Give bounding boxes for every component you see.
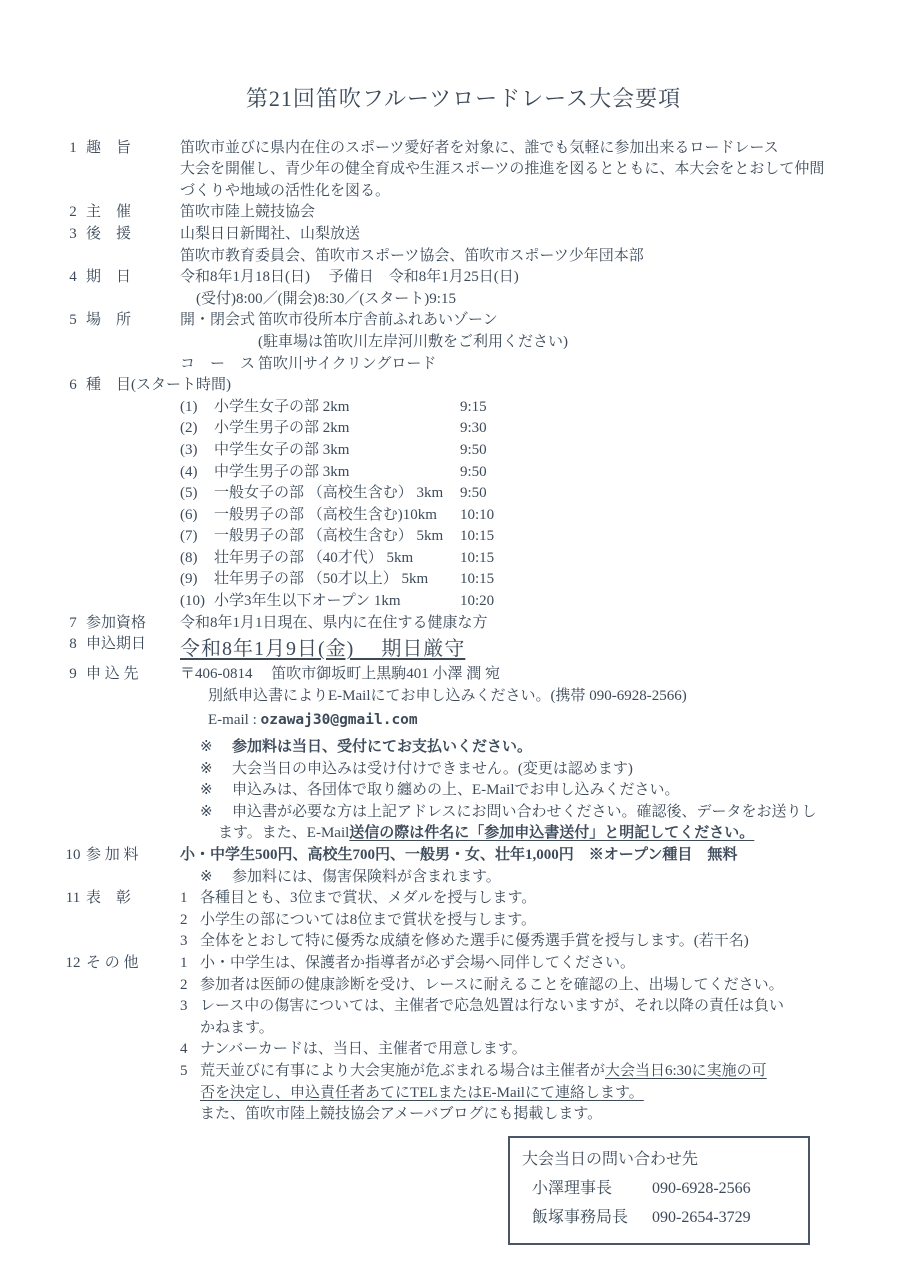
section-label: 種 目(スタート時間) bbox=[86, 375, 867, 397]
item-text: 荒天並びに有事により大会実施が危ぶまれる場合は主催者が大会当日6:30に実施の可… bbox=[200, 1061, 867, 1126]
email-address: ozawaj30@gmail.com bbox=[261, 712, 418, 728]
item-number: 2 bbox=[180, 910, 200, 932]
item-text: 参加者は医師の健康診断を受け、レースに耐えることを確認の上、出場してください。 bbox=[200, 975, 867, 997]
section-purpose: 1 趣 旨 笛吹市並びに県内在住のスポーツ愛好者を対象に、誰でも気軽に参加出来る… bbox=[60, 138, 867, 203]
event-row: (9) 壮年男子の部 （50才以上） 5km 10:15 bbox=[180, 569, 867, 591]
event-number: (9) bbox=[180, 569, 214, 591]
fee-notes: ※ 参加料には、傷害保険料が含まれます。 bbox=[200, 867, 867, 889]
course-name: 笛吹川サイクリングロード bbox=[258, 354, 867, 376]
section-content: 笛吹市並びに県内在住のスポーツ愛好者を対象に、誰でも気軽に参加出来るロードレース… bbox=[180, 138, 867, 203]
note-row: ※ 参加料には、傷害保険料が含まれます。 bbox=[200, 867, 867, 889]
email-label: E-mail : bbox=[208, 712, 257, 728]
note-row: ※ 参加料は当日、受付にてお支払いください。 bbox=[200, 737, 867, 759]
purpose-line: づくりや地域の活性化を図る。 bbox=[180, 181, 867, 203]
fee-main: 小・中学生500円、高校生700円、一般男・女、壮年1,000円 ※オープン種目… bbox=[180, 845, 867, 867]
section-organizer: 2 主 催 笛吹市陸上競技協会 bbox=[60, 202, 867, 224]
kome-marker: ※ bbox=[200, 737, 232, 759]
section-number: 10 bbox=[60, 845, 86, 888]
event-start-time: 9:50 bbox=[460, 462, 867, 484]
other-item: 4 ナンバーカードは、当日、主催者で用意します。 bbox=[180, 1039, 867, 1061]
section-number: 5 bbox=[60, 310, 86, 375]
event-name: 壮年男子の部 （50才以上） 5km bbox=[214, 569, 460, 591]
section-content: 山梨日日新聞社、山梨放送 笛吹市教育委員会、笛吹市スポーツ協会、笛吹市スポーツ少… bbox=[180, 224, 867, 267]
event-name: 小学3年生以下オープン 1km bbox=[214, 591, 460, 613]
section-label: 表 彰 bbox=[86, 888, 180, 953]
award-item: 3 全体をとおして特に優秀な成績を修めた選手に優秀選手賞を授与します。(若干名) bbox=[180, 931, 867, 953]
contact-box: 大会当日の問い合わせ先 小澤理事長 090-6928-2566 飯塚事務局長 0… bbox=[508, 1136, 810, 1245]
section-content: 小・中学生500円、高校生700円、一般男・女、壮年1,000円 ※オープン種目… bbox=[180, 845, 867, 888]
event-start-time: 9:15 bbox=[460, 397, 867, 419]
event-name: 一般男子の部 （高校生含む)10km bbox=[214, 505, 460, 527]
section-label: 申 込 先 bbox=[86, 664, 180, 845]
item-text: ナンバーカードは、当日、主催者で用意します。 bbox=[200, 1039, 867, 1061]
note-row: ※ 申込書が必要な方は上記アドレスにお問い合わせください。確認後、データをお送り… bbox=[200, 802, 867, 845]
ceremony-label: 開・閉会式 bbox=[180, 310, 258, 332]
event-number: (2) bbox=[180, 418, 214, 440]
event-row: (3) 中学生女子の部 3km 9:50 bbox=[180, 440, 867, 462]
parking-note: (駐車場は笛吹川左岸河川敷をご利用ください) bbox=[258, 332, 867, 354]
contact-name: 飯塚事務局長 bbox=[532, 1203, 652, 1232]
section-number: 3 bbox=[60, 224, 86, 267]
event-start-time: 10:15 bbox=[460, 526, 867, 548]
note-line: ます。また、E-Mail送信の際は件名に「参加申込書送付」と明記してください。 bbox=[218, 823, 867, 845]
contact-row: 飯塚事務局長 090-2654-3729 bbox=[532, 1203, 798, 1232]
cancellation-line: また、笛吹市陸上競技協会アメーバブログにも掲載します。 bbox=[200, 1104, 867, 1126]
kome-marker: ※ bbox=[200, 867, 232, 889]
event-number: (6) bbox=[180, 505, 214, 527]
kome-marker: ※ bbox=[200, 759, 232, 781]
section-number: 4 bbox=[60, 267, 86, 310]
section-content: 〒406-0814 笛吹市御坂町上黒駒401 小澤 潤 宛 別紙申込書によりE-… bbox=[180, 664, 867, 845]
section-label: そ の 他 bbox=[86, 953, 180, 1126]
kome-marker: ※ bbox=[200, 780, 232, 802]
cancellation-line: 荒天並びに有事により大会実施が危ぶまれる場合は主催者が大会当日6:30に実施の可 bbox=[200, 1061, 867, 1083]
section-date: 4 期 日 令和8年1月18日(日) 予備日 令和8年1月25日(日) (受付)… bbox=[60, 267, 867, 310]
award-item: 2 小学生の部については8位まで賞状を授与します。 bbox=[180, 910, 867, 932]
note-row: ※ 申込みは、各団体で取り纏めの上、E-Mailでお申し込みください。 bbox=[200, 780, 867, 802]
section-label: 参加資格 bbox=[86, 613, 180, 635]
event-name: 小学生男子の部 2km bbox=[214, 418, 460, 440]
ceremony-place: 笛吹市役所本庁舎前ふれあいゾーン bbox=[258, 310, 867, 332]
section-label: 期 日 bbox=[86, 267, 180, 310]
event-name: 中学生男子の部 3km bbox=[214, 462, 460, 484]
item-text: 各種目とも、3位まで賞状、メダルを授与します。 bbox=[200, 888, 867, 910]
event-start-time: 10:10 bbox=[460, 505, 867, 527]
contact-box-title: 大会当日の問い合わせ先 bbox=[522, 1145, 798, 1174]
event-row: (7) 一般男子の部 （高校生含む） 5km 10:15 bbox=[180, 526, 867, 548]
item-text: レース中の傷害については、主催者で応急処置は行ないますが、それ以降の責任は負い … bbox=[200, 996, 867, 1039]
application-notes: ※ 参加料は当日、受付にてお支払いください。 ※ 大会当日の申込みは受け付けでき… bbox=[200, 737, 867, 845]
cancellation-line: 否を決定し、申込責任者あてにTELまたはE-Mailにて連絡します。 bbox=[200, 1083, 867, 1105]
event-date-line: 令和8年1月18日(日) 予備日 令和8年1月25日(日) bbox=[180, 267, 867, 289]
contact-name: 小澤理事長 bbox=[532, 1174, 652, 1203]
section-fee: 10 参 加 料 小・中学生500円、高校生700円、一般男・女、壮年1,000… bbox=[60, 845, 867, 888]
event-row: (4) 中学生男子の部 3km 9:50 bbox=[180, 462, 867, 484]
event-row: (1) 小学生女子の部 2km 9:15 bbox=[180, 397, 867, 419]
note-line: 申込書が必要な方は上記アドレスにお問い合わせください。確認後、データをお送りし bbox=[232, 802, 867, 824]
section-number: 1 bbox=[60, 138, 86, 203]
event-number: (8) bbox=[180, 548, 214, 570]
note-text: 申込みは、各団体で取り纏めの上、E-Mailでお申し込みください。 bbox=[232, 780, 867, 802]
event-name: 一般女子の部 （高校生含む） 3km bbox=[214, 483, 460, 505]
application-method-line: 別紙申込書によりE-Mailにてお申し込みください。(携帯 090-6928-2… bbox=[208, 686, 867, 708]
section-other: 12 そ の 他 1 小・中学生は、保護者か指導者が必ず会場へ同伴してください。… bbox=[60, 953, 867, 1126]
item-number: 2 bbox=[180, 975, 200, 997]
item-text: 小学生の部については8位まで賞状を授与します。 bbox=[200, 910, 867, 932]
event-number: (1) bbox=[180, 397, 214, 419]
section-content: 開・閉会式 笛吹市役所本庁舎前ふれあいゾーン (駐車場は笛吹川左岸河川敷をご利用… bbox=[180, 310, 867, 375]
event-name: 壮年男子の部 （40才代） 5km bbox=[214, 548, 460, 570]
event-row: (5) 一般女子の部 （高校生含む） 3km 9:50 bbox=[180, 483, 867, 505]
document-page: 第21回笛吹フルーツロードレース大会要項 1 趣 旨 笛吹市並びに県内在住のスポ… bbox=[0, 0, 911, 1284]
section-place: 5 場 所 開・閉会式 笛吹市役所本庁舎前ふれあいゾーン (駐車場は笛吹川左岸河… bbox=[60, 310, 867, 375]
section-label: 参 加 料 bbox=[86, 845, 180, 888]
page-title: 第21回笛吹フルーツロードレース大会要項 bbox=[60, 88, 867, 110]
section-label: 主 催 bbox=[86, 202, 180, 224]
contact-row: 小澤理事長 090-6928-2566 bbox=[532, 1174, 798, 1203]
application-address: 〒406-0814 笛吹市御坂町上黒駒401 小澤 潤 宛 bbox=[180, 664, 867, 686]
event-start-time: 10:15 bbox=[460, 548, 867, 570]
section-content: 1 小・中学生は、保護者か指導者が必ず会場へ同伴してください。 2 参加者は医師… bbox=[180, 953, 867, 1126]
item-text: 全体をとおして特に優秀な成績を修めた選手に優秀選手賞を授与します。(若干名) bbox=[200, 931, 867, 953]
item-number: 3 bbox=[180, 996, 200, 1039]
section-awards: 11 表 彰 1 各種目とも、3位まで賞状、メダルを授与します。 2 小学生の部… bbox=[60, 888, 867, 953]
section-content: 令和8年1月18日(日) 予備日 令和8年1月25日(日) (受付)8:00／(… bbox=[180, 267, 867, 310]
event-number: (10) bbox=[180, 591, 214, 613]
event-name: 中学生女子の部 3km bbox=[214, 440, 460, 462]
section-deadline: 8 申込期日 令和8年1月9日(金) 期日厳守 bbox=[60, 634, 867, 664]
other-item: 2 参加者は医師の健康診断を受け、レースに耐えることを確認の上、出場してください… bbox=[180, 975, 867, 997]
event-start-time: 9:50 bbox=[460, 483, 867, 505]
event-number: (5) bbox=[180, 483, 214, 505]
event-row: (6) 一般男子の部 （高校生含む)10km 10:10 bbox=[180, 505, 867, 527]
section-application: 9 申 込 先 〒406-0814 笛吹市御坂町上黒駒401 小澤 潤 宛 別紙… bbox=[60, 664, 867, 845]
section-events-header: 6 種 目(スタート時間) bbox=[60, 375, 867, 397]
item-number: 1 bbox=[180, 888, 200, 910]
item-number: 4 bbox=[180, 1039, 200, 1061]
event-start-time: 9:30 bbox=[460, 418, 867, 440]
other-item: 1 小・中学生は、保護者か指導者が必ず会場へ同伴してください。 bbox=[180, 953, 867, 975]
section-number: 12 bbox=[60, 953, 86, 1126]
event-name: 小学生女子の部 2km bbox=[214, 397, 460, 419]
note-text: 申込書が必要な方は上記アドレスにお問い合わせください。確認後、データをお送りし … bbox=[232, 802, 867, 845]
note-text: 参加料には、傷害保険料が含まれます。 bbox=[232, 867, 867, 889]
event-row: (10) 小学3年生以下オープン 1km 10:20 bbox=[180, 591, 867, 613]
event-start-time: 10:20 bbox=[460, 591, 867, 613]
events-list: (1) 小学生女子の部 2km 9:15 (2) 小学生男子の部 2km 9:3… bbox=[180, 397, 867, 613]
item-text: 小・中学生は、保護者か指導者が必ず会場へ同伴してください。 bbox=[200, 953, 867, 975]
eligibility-text: 令和8年1月1日現在、県内に在住する健康な方 bbox=[180, 613, 867, 635]
event-row: (2) 小学生男子の部 2km 9:30 bbox=[180, 418, 867, 440]
note-text: 大会当日の申込みは受け付けできません。(変更は認めます) bbox=[232, 759, 867, 781]
event-row: (8) 壮年男子の部 （40才代） 5km 10:15 bbox=[180, 548, 867, 570]
section-label: 趣 旨 bbox=[86, 138, 180, 203]
section-label: 申込期日 bbox=[86, 634, 180, 664]
ceremony-place-line: 開・閉会式 笛吹市役所本庁舎前ふれあいゾーン bbox=[180, 310, 867, 332]
purpose-line: 笛吹市並びに県内在住のスポーツ愛好者を対象に、誰でも気軽に参加出来るロードレース bbox=[180, 138, 867, 160]
schedule-times-line: (受付)8:00／(開会)8:30／(スタート)9:15 bbox=[196, 289, 867, 311]
section-number: 11 bbox=[60, 888, 86, 953]
other-item: 3 レース中の傷害については、主催者で応急処置は行ないますが、それ以降の責任は負… bbox=[180, 996, 867, 1039]
supporters-line: 山梨日日新聞社、山梨放送 bbox=[180, 224, 867, 246]
event-name: 一般男子の部 （高校生含む） 5km bbox=[214, 526, 460, 548]
note-text: 参加料は当日、受付にてお支払いください。 bbox=[232, 737, 867, 759]
item-number: 1 bbox=[180, 953, 200, 975]
section-content: 1 各種目とも、3位まで賞状、メダルを授与します。 2 小学生の部については8位… bbox=[180, 888, 867, 953]
contact-phone: 090-6928-2566 bbox=[652, 1174, 798, 1203]
event-number: (3) bbox=[180, 440, 214, 462]
award-item: 1 各種目とも、3位まで賞状、メダルを授与します。 bbox=[180, 888, 867, 910]
section-number: 9 bbox=[60, 664, 86, 845]
course-line: コ ー ス 笛吹川サイクリングロード bbox=[180, 354, 867, 376]
section-number: 2 bbox=[60, 202, 86, 224]
email-line: E-mail : ozawaj30@gmail.com bbox=[208, 710, 867, 732]
section-number: 6 bbox=[60, 375, 86, 397]
event-number: (7) bbox=[180, 526, 214, 548]
purpose-line: 大会を開催し、青少年の健全育成や生涯スポーツの推進を図るとともに、本大会をとおし… bbox=[180, 159, 867, 181]
event-start-time: 10:15 bbox=[460, 569, 867, 591]
section-supporters: 3 後 援 山梨日日新聞社、山梨放送 笛吹市教育委員会、笛吹市スポーツ協会、笛吹… bbox=[60, 224, 867, 267]
item-number: 5 bbox=[180, 1061, 200, 1126]
section-eligibility: 7 参加資格 令和8年1月1日現在、県内に在住する健康な方 bbox=[60, 613, 867, 635]
section-label: 場 所 bbox=[86, 310, 180, 375]
organizer-text: 笛吹市陸上競技協会 bbox=[180, 202, 867, 224]
contact-phone: 090-2654-3729 bbox=[652, 1203, 798, 1232]
event-number: (4) bbox=[180, 462, 214, 484]
item-number: 3 bbox=[180, 931, 200, 953]
course-label: コ ー ス bbox=[180, 354, 258, 376]
section-number: 8 bbox=[60, 634, 86, 664]
event-start-time: 9:50 bbox=[460, 440, 867, 462]
supporters-line: 笛吹市教育委員会、笛吹市スポーツ協会、笛吹市スポーツ少年団本部 bbox=[180, 246, 867, 268]
deadline-text: 令和8年1月9日(金) 期日厳守 bbox=[180, 634, 867, 664]
section-number: 7 bbox=[60, 613, 86, 635]
other-item: 5 荒天並びに有事により大会実施が危ぶまれる場合は主催者が大会当日6:30に実施… bbox=[180, 1061, 867, 1126]
section-label: 後 援 bbox=[86, 224, 180, 267]
note-row: ※ 大会当日の申込みは受け付けできません。(変更は認めます) bbox=[200, 759, 867, 781]
